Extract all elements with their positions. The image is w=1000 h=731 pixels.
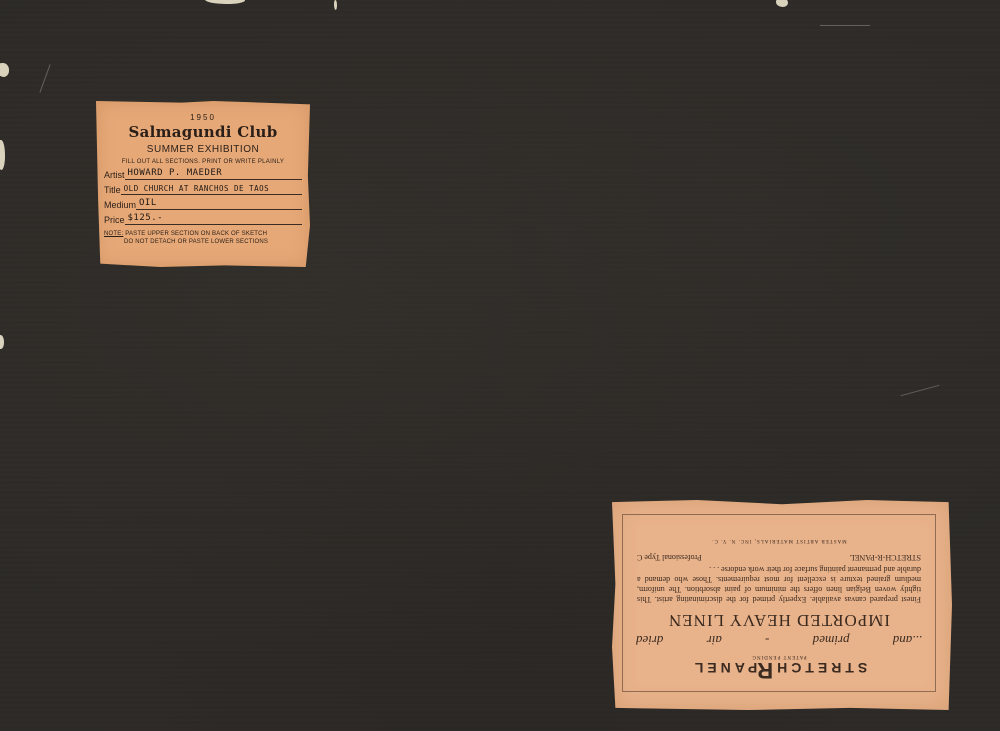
painting-back: 1950 Salmagundi Club SUMMER EXHIBITION F… bbox=[0, 0, 1000, 731]
scratch bbox=[39, 64, 50, 93]
brand-right: PANEL bbox=[691, 660, 757, 676]
headline: IMPORTED HEAVY LINEN bbox=[623, 610, 935, 630]
label-year: 1950 bbox=[96, 113, 310, 122]
field-key: Title bbox=[104, 185, 121, 195]
exhibition-title: SUMMER EXHIBITION bbox=[96, 144, 310, 155]
maker-text: MASTER ARTIST MATERIALS, INC. N. Y. C. bbox=[623, 538, 935, 543]
field-price: Price $125.- bbox=[104, 213, 302, 225]
label-border: STRETCHRPANEL PATENT PENDING ...and prim… bbox=[622, 514, 936, 692]
club-name: Salmagundi Club bbox=[96, 123, 310, 141]
brand-r-logo: R bbox=[757, 658, 773, 683]
note-line-1: PASTE UPPER SECTION ON BACK OF SKETCH bbox=[125, 231, 267, 237]
product-type: Professional Type C bbox=[637, 553, 702, 562]
paint-chip bbox=[205, 0, 245, 4]
exhibition-label: 1950 Salmagundi Club SUMMER EXHIBITION F… bbox=[96, 101, 310, 267]
field-key: Price bbox=[104, 215, 125, 225]
brand-name: STRETCHRPANEL bbox=[623, 657, 935, 683]
field-value: OLD CHURCH AT RANCHOS DE TAOS bbox=[121, 183, 302, 195]
field-key: Medium bbox=[104, 200, 136, 210]
field-key: Artist bbox=[104, 170, 125, 180]
scratch bbox=[901, 385, 940, 396]
brand-left: STRETCH bbox=[773, 660, 867, 676]
body-text: Finest prepared canvas available. Expert… bbox=[637, 564, 921, 604]
product-name: STRETCH-R-PANEL bbox=[850, 553, 921, 562]
patent-text: PATENT PENDING bbox=[623, 654, 935, 659]
label-note: NOTE: PASTE UPPER SECTION ON BACK OF SKE… bbox=[104, 230, 302, 246]
primed-text: ...and primed - air dried bbox=[623, 632, 935, 648]
scratch bbox=[820, 25, 870, 26]
canvas-maker-label: STRETCHRPANEL PATENT PENDING ...and prim… bbox=[612, 500, 952, 710]
note-line-2: DO NOT DETACH OR PASTE LOWER SECTIONS bbox=[104, 239, 268, 245]
field-artist: Artist HOWARD P. MAEDER bbox=[104, 168, 302, 180]
field-value: $125.- bbox=[125, 213, 302, 225]
note-label: NOTE: bbox=[104, 231, 123, 237]
field-medium: Medium OIL bbox=[104, 198, 302, 210]
paint-chip bbox=[0, 140, 5, 170]
product-line: STRETCH-R-PANEL Professional Type C bbox=[637, 553, 921, 562]
instructions: FILL OUT ALL SECTIONS. PRINT OR WRITE PL… bbox=[96, 159, 310, 165]
paint-chip bbox=[0, 63, 9, 77]
field-title: Title OLD CHURCH AT RANCHOS DE TAOS bbox=[104, 183, 302, 195]
paint-chip bbox=[0, 335, 4, 349]
paint-chip bbox=[776, 0, 788, 7]
paint-chip bbox=[334, 0, 337, 10]
field-value: OIL bbox=[136, 198, 302, 210]
field-value: HOWARD P. MAEDER bbox=[125, 168, 302, 180]
